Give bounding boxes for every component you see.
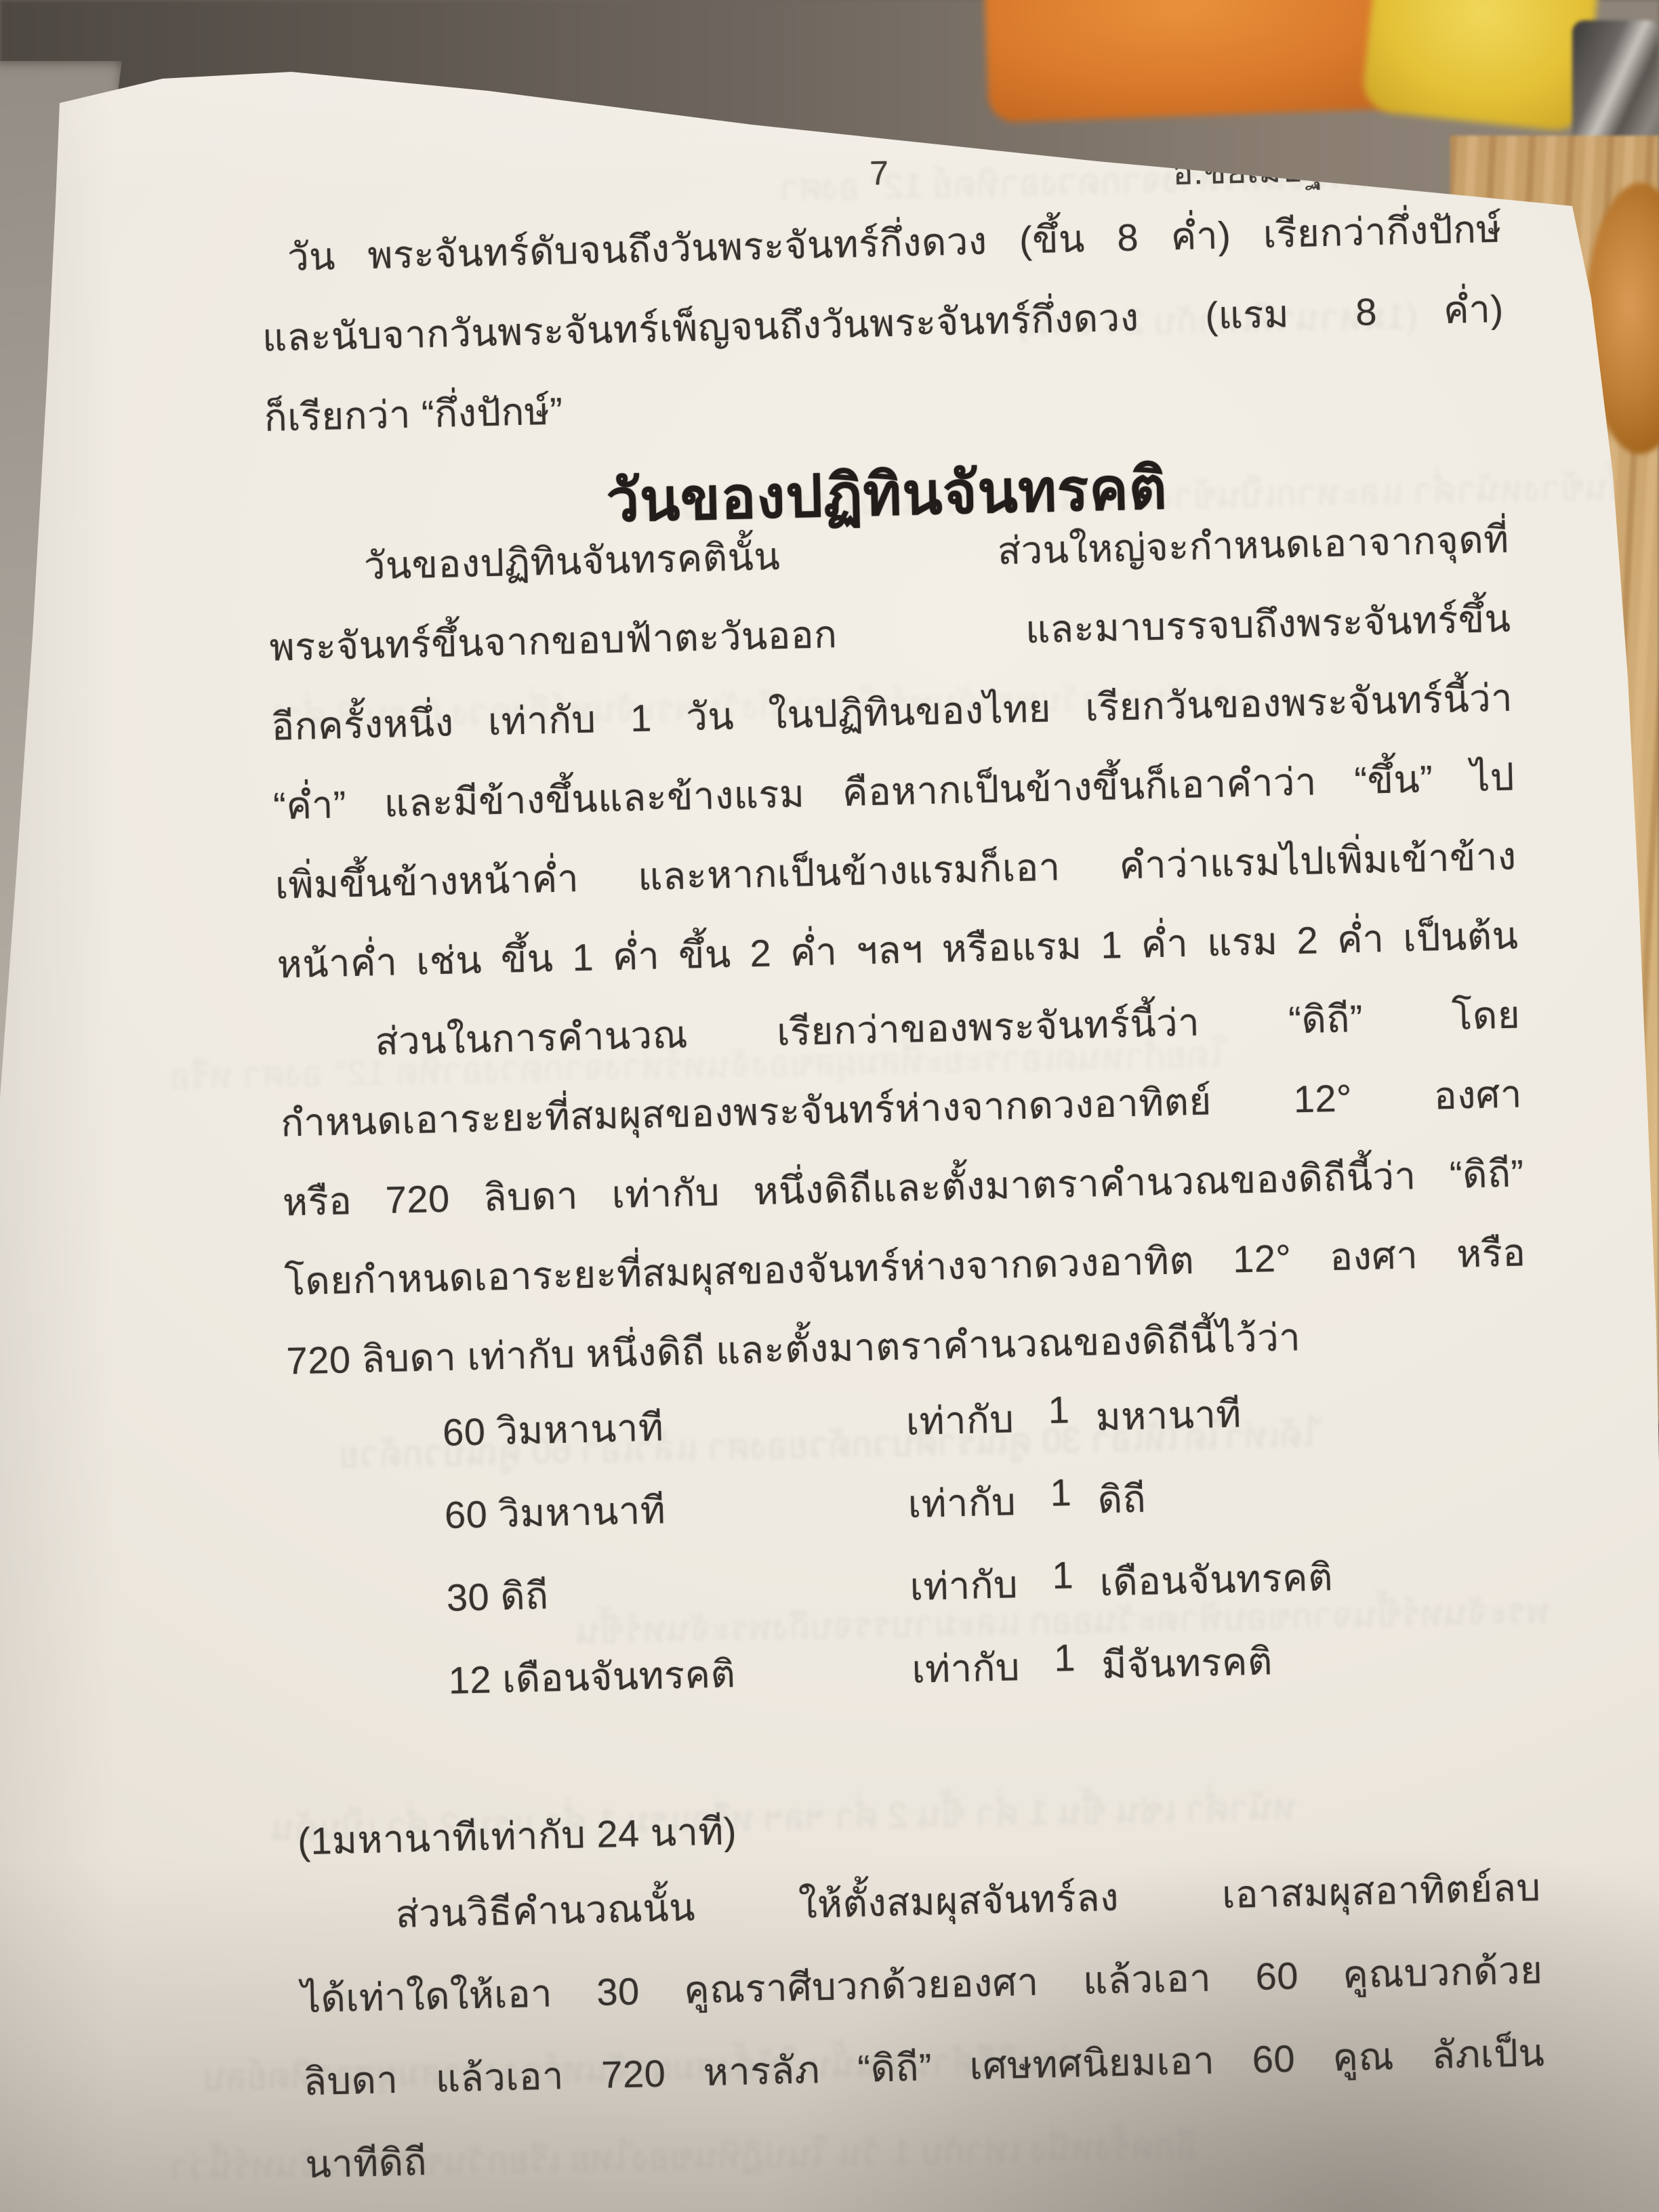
yellow-object — [1361, 0, 1601, 134]
text-line: กำหนดเอาระยะที่สมผุสของพระจันทร์ห่างจากด… — [281, 1074, 1523, 1143]
text-line: นาทีดิถี — [305, 2116, 1547, 2185]
book-page: กำหนดเอาระยะที่สมผุสของพระจันทร์ห่างจากด… — [0, 0, 1659, 2212]
table-cell-one: 1 — [1048, 1387, 1070, 1432]
table-cell-one: 1 — [1050, 1470, 1072, 1515]
text-line: 720 ลิบดา เท่ากับ หนึ่งดิถี และตั้งมาตรา… — [286, 1312, 1528, 1381]
table-cell-eq: เท่ากับ — [912, 1637, 1021, 1700]
text-line: ได้เท่าใดให้เอา 30 คูณราศีบวกด้วยองศา แล… — [301, 1950, 1543, 2020]
text-line: เพิ่มขึ้นข้างหน้าค่ำ และหากเป็นข้างแรมก็… — [274, 837, 1517, 906]
table-cell-qty_unit: 60 วิมหานาที — [442, 1397, 664, 1462]
conversion-note: (1มหานาทีเท่ากับ 24 นาที) — [297, 1801, 737, 1871]
text-line: หรือ 720 ลิบดา เท่ากับ หนึ่งดิถีและตั้งม… — [282, 1153, 1524, 1223]
table-cell-eq: เท่ากับ — [907, 1471, 1017, 1534]
table-cell-qty_unit: 30 ดิถี — [446, 1565, 550, 1628]
orange-object — [983, 0, 1429, 123]
text-line: “ค่ำ” และมีข้างขึ้นและข้างแรม คือหากเป็น… — [273, 758, 1515, 827]
text-line: อีกครั้งหนึ่ง เท่ากับ 1 วัน ในปฏิทินของไ… — [271, 678, 1513, 747]
table-cell-eq: เท่ากับ — [909, 1554, 1019, 1617]
table-cell-result: เดือนจันทรคติ — [1099, 1547, 1334, 1612]
text-line: ส่วนในการคำนวณ เรียกว่าของพระจันทร์นี้ว่… — [279, 995, 1521, 1064]
table-cell-qty_unit: 60 วิมหานาที — [444, 1479, 666, 1545]
table-cell-qty_unit: 12 เดือนจันทรคติ — [448, 1643, 737, 1711]
text-line: หน้าค่ำ เช่น ขึ้น 1 ค่ำ ขึ้น 2 ค่ำ ฯลฯ ห… — [276, 916, 1519, 985]
text-line: ลิบดา แล้วเอา 720 หารลัภ “ดิถี” เศษทศนิย… — [303, 2033, 1545, 2102]
table-cell-one: 1 — [1053, 1635, 1076, 1680]
text-line: ก็เรียกว่า “กึ่งปักษ์” — [264, 369, 1506, 438]
table-cell-eq: เท่ากับ — [905, 1389, 1015, 1452]
table-cell-result: ดิถี — [1097, 1469, 1147, 1530]
table-cell-result: มหานาที — [1095, 1383, 1242, 1447]
text-line: โดยกำหนดเอาระยะที่สมผุสของจันทร์ห่างจากด… — [284, 1233, 1526, 1302]
text-line: ส่วนวิธีคำนวณนั้น ให้ตั้งสมผุสจันทร์ลง เ… — [299, 1868, 1541, 1937]
table-cell-one: 1 — [1052, 1553, 1074, 1597]
text-line: พระจันทร์ขึ้นจากขอบฟ้าตะวันออก และมาบรรจ… — [269, 599, 1511, 668]
table-cell-result: มีจันทรคติ — [1101, 1631, 1273, 1695]
text-line: และนับจากวันพระจันทร์เพ็ญจนถึงวันพระจันท… — [262, 289, 1504, 359]
page-content: 7 อ.ชัยเมษฐ์ เชี่ยวเวช วัน พระจันทร์ดับจ… — [258, 106, 1547, 2182]
